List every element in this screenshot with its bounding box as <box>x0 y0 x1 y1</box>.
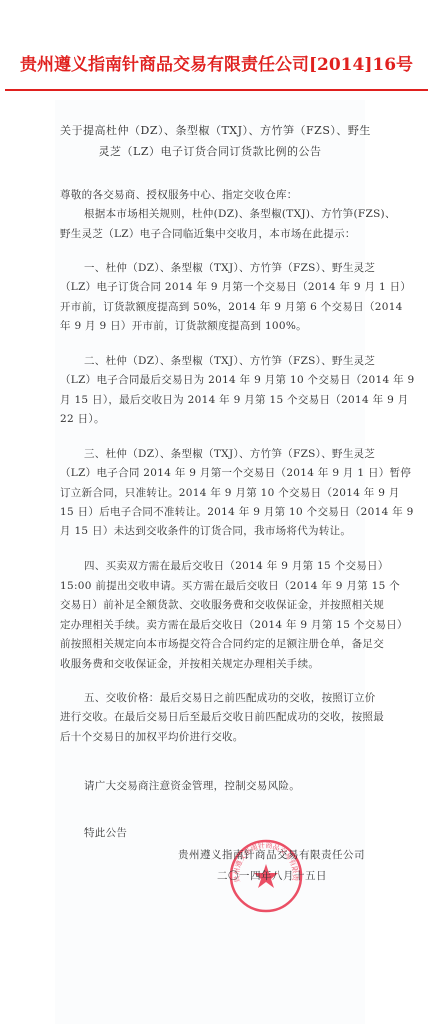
body-line: （LZ）电子合同最后交易日为 2014 年 9 月第 10 个交易日（2014 … <box>60 372 360 387</box>
title-line-1: 关于提高杜仲（DZ）、条型椒（TXJ）、方竹笋（FZS）、野生 <box>60 122 360 138</box>
body-line: 15 日）后电子合同不准转让。2014 年 9 月第 10 个交易日（2014 … <box>60 504 360 519</box>
body-line: 22 日）。 <box>60 411 360 426</box>
body-line: 订立新合同，只准转让。2014 年 9 月第 10 个交易日（2014 年 9 … <box>60 485 360 500</box>
body-line: 交易日）前补足全额货款、交收服务费和交收保证金，并按照相关规 <box>60 597 360 612</box>
body-line: 三、杜仲（DZ）、条型椒（TXJ）、方竹笋（FZS）、野生灵芝 <box>84 446 360 461</box>
body-line: 进行交收。在最后交易日后至最后交收日前匹配成功的交收，按照最 <box>60 709 360 724</box>
body-line: 收服务费和交收保证金，并按相关规定办理相关手续。 <box>60 656 360 671</box>
body-line: 定办理相关手续。卖方需在最后交收日（2014 年 9 月第 15 个交易日） <box>60 617 360 632</box>
body-line: 二、杜仲（DZ）、条型椒（TXJ）、方竹笋（FZS）、野生灵芝 <box>84 353 360 368</box>
closing: 特此公告 <box>84 825 360 840</box>
body-line: 年 9 月 9 日）开市前，订货款额度提高到 100%。 <box>60 318 360 333</box>
document-number-title: 贵州遵义指南针商品交易有限责任公司[2014]16号 <box>0 50 433 75</box>
body-line: 后十个交易日的加权平均价进行交收。 <box>60 729 360 744</box>
body-line: （LZ）电子合同 2014 年 9 月第一个交易日（2014 年 9 月 1 日… <box>60 465 360 480</box>
body-line: 月 15 日）未达到交收条件的订货合同，我市场将代为转让。 <box>60 523 360 538</box>
body-line: 四、买卖双方需在最后交收日（2014 年 9 月第 15 个交易日） <box>84 558 360 573</box>
reminder: 请广大交易商注意资金管理，控制交易风险。 <box>84 778 360 793</box>
body-line: （LZ）电子订货合同 2014 年 9 月第一个交易日（2014 年 9 月 1… <box>60 279 360 294</box>
body-line: 野生灵芝（LZ）电子合同临近集中交收月，本市场在此提示： <box>60 226 360 241</box>
body-line: 根据本市场相关规则，杜仲(DZ)、条型椒(TXJ)、方竹笋(FZS)、 <box>84 206 360 221</box>
signature-company: 贵州遵义指南针商品交易有限责任公司 <box>178 847 365 862</box>
signature-date: 二〇一四年八月十五日 <box>217 868 327 883</box>
title-line-2: 灵芝（LZ）电子订货合同订货款比例的公告 <box>60 143 360 159</box>
body-line: 前按照相关规定向本市场提交符合合同约定的足额注册仓单，备足交 <box>60 636 360 651</box>
salutation: 尊敬的各交易商、授权服务中心、指定交收仓库： <box>60 187 360 202</box>
body-line: 开市前，订货款额度提高到 50%，2014 年 9 月第 6 个交易日（2014 <box>60 299 360 314</box>
body-line: 一、杜仲（DZ）、条型椒（TXJ）、方竹笋（FZS）、野生灵芝 <box>84 260 360 275</box>
body-line: 15:00 前提出交收申请。买方需在最后交收日（2014 年 9 月第 15 个 <box>60 578 360 593</box>
body-line: 月 15 日），最后交收日为 2014 年 9 月第 15 个交易日（2014 … <box>60 392 360 407</box>
red-divider <box>5 89 428 91</box>
body-line: 五、交收价格：最后交易日之前匹配成功的交收，按照订立价 <box>84 690 360 705</box>
